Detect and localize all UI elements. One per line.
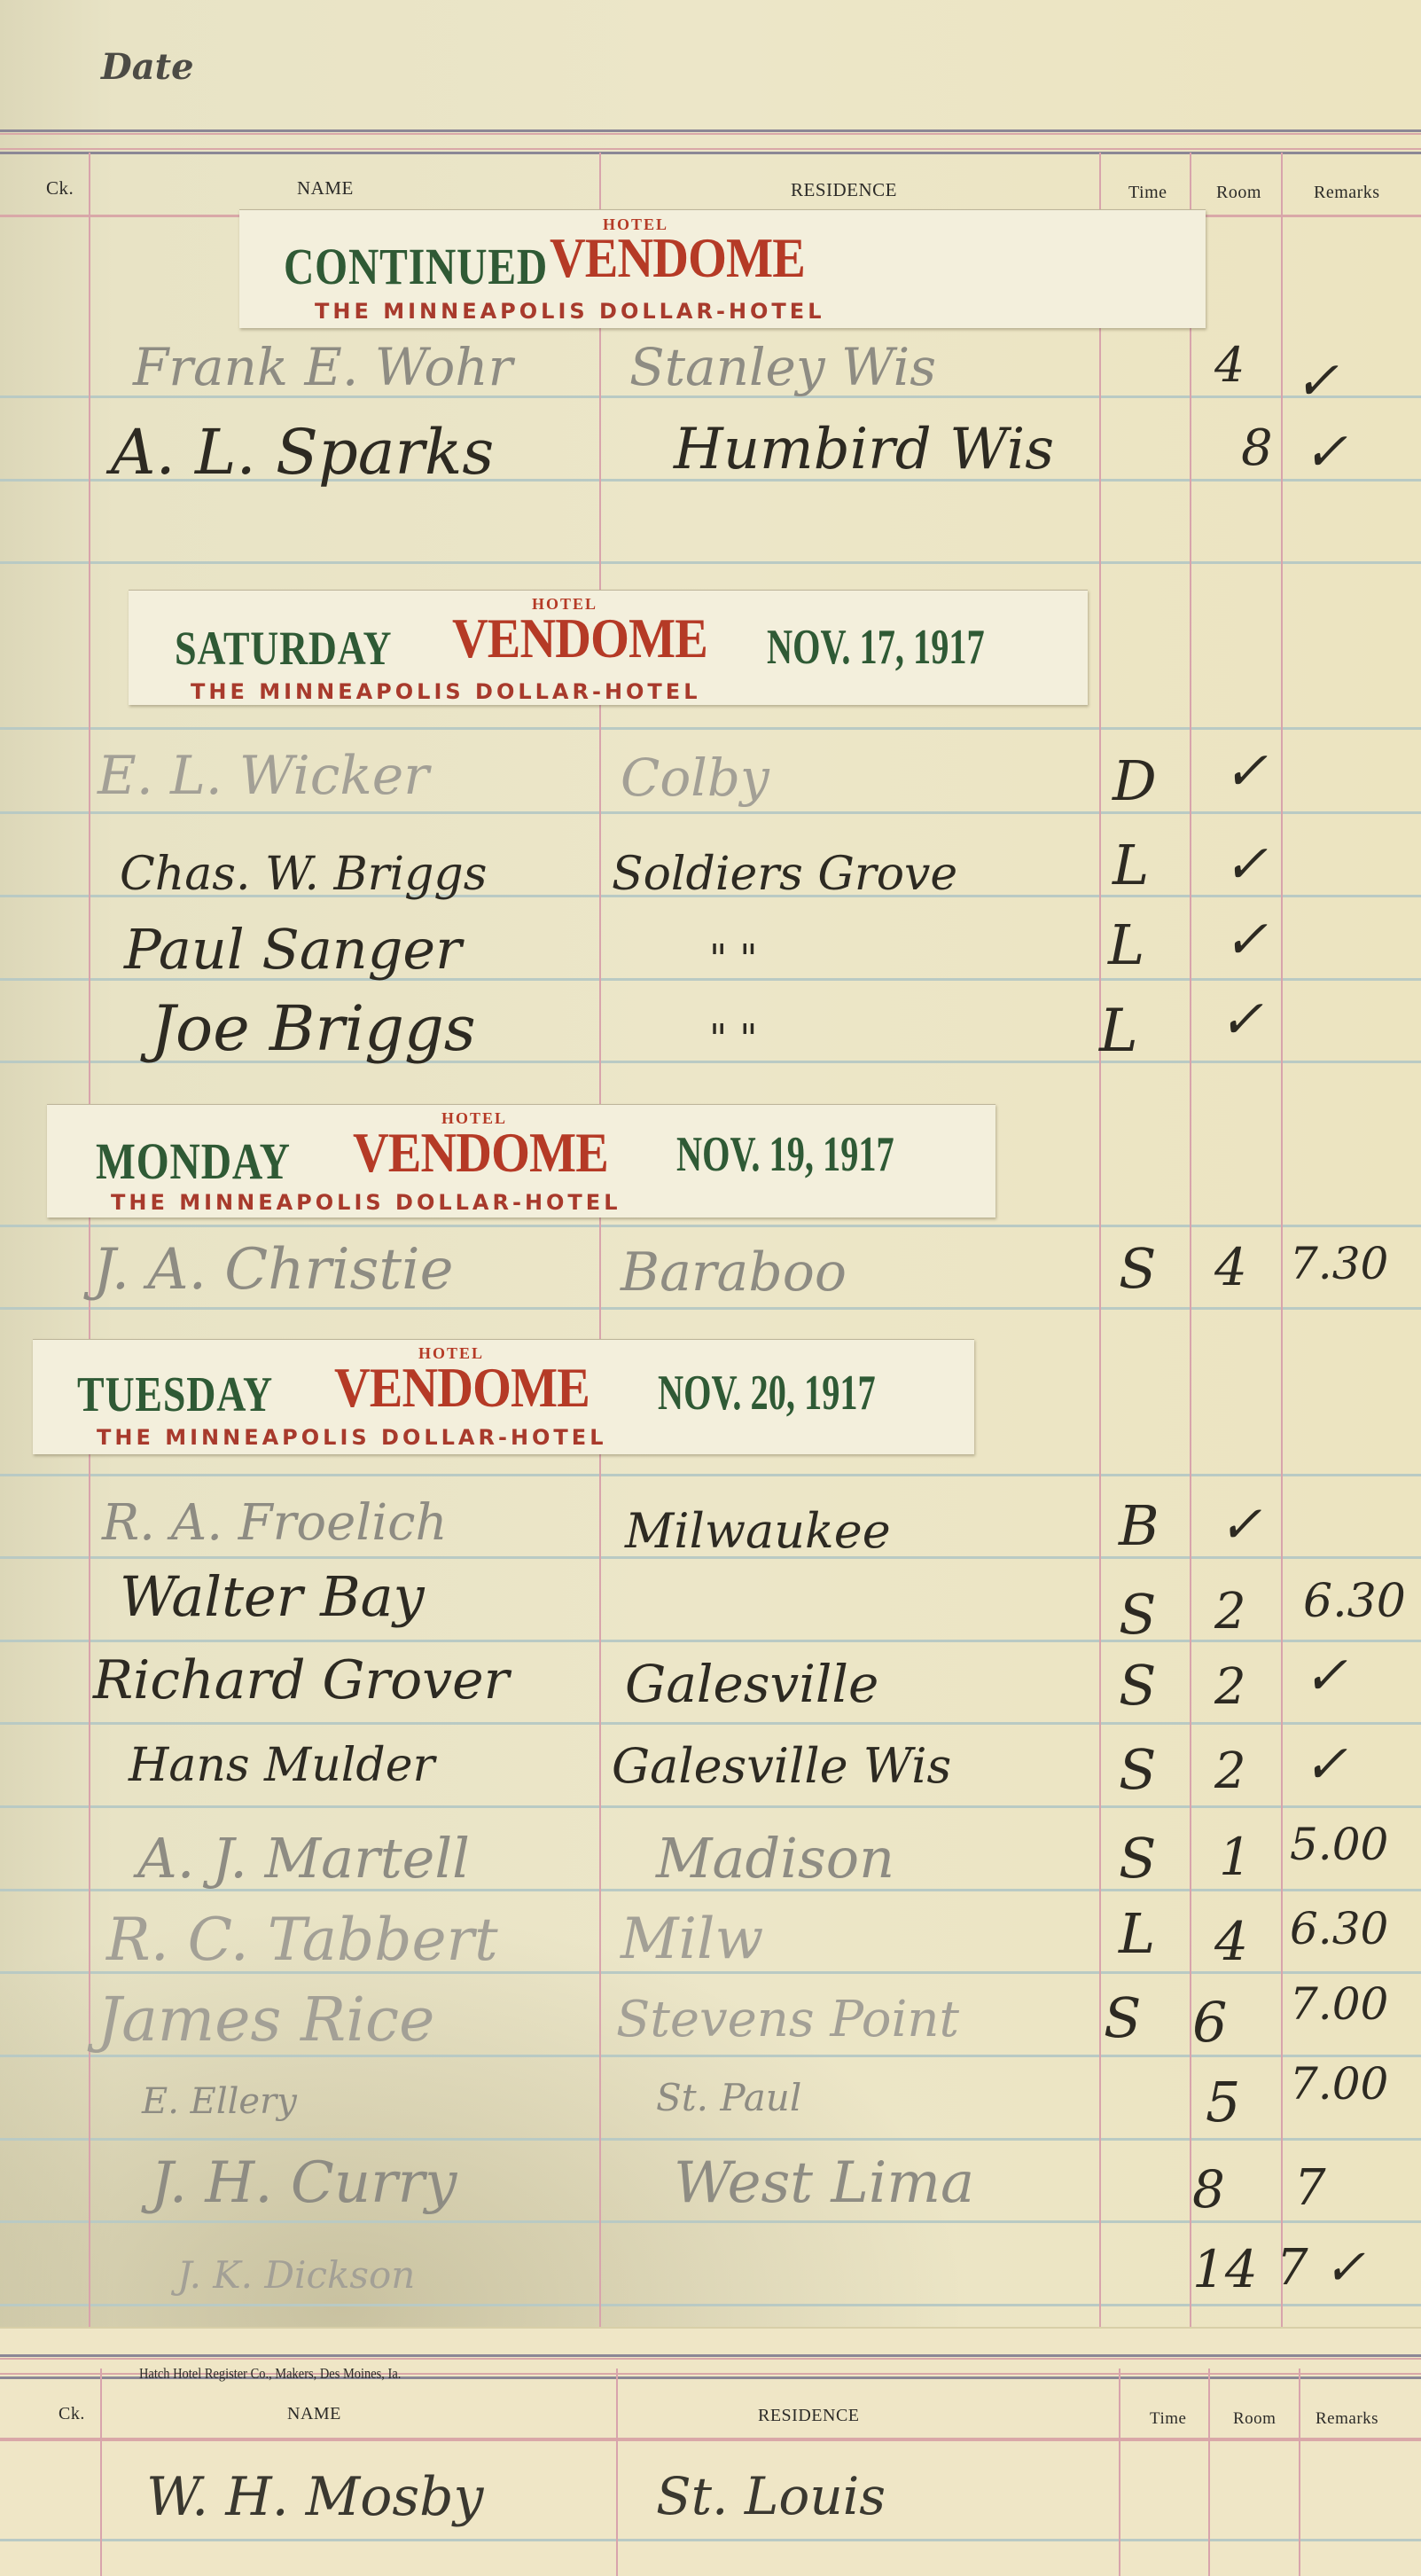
guest-name: Joe Briggs <box>151 998 476 1060</box>
guest-time: S <box>1119 1831 1156 1886</box>
guest-room: 1 <box>1219 1831 1252 1883</box>
guest-time: D <box>1113 754 1157 809</box>
guest-remarks: ✓ <box>1303 1649 1347 1703</box>
guest-name: W. H. Mosby <box>146 2470 483 2524</box>
header-rule <box>0 148 1421 150</box>
column-header-time: Time <box>1150 2409 1186 2429</box>
guest-time: L <box>1108 918 1144 973</box>
guest-name: A. L. Sparks <box>111 421 494 483</box>
guest-name: Frank E. Wohr <box>133 341 512 393</box>
guest-name: Paul Sanger <box>124 922 462 977</box>
guest-remarks: 7.00 <box>1290 2062 1388 2106</box>
column-header-ck: Ck. <box>46 177 74 200</box>
guest-room: 8 <box>1241 424 1273 474</box>
guest-residence: " " <box>709 940 757 979</box>
guest-name: Chas. W. Briggs <box>120 851 487 897</box>
column-header-time: Time <box>1128 183 1167 203</box>
guest-residence: Humbird Wis <box>674 421 1054 478</box>
guest-residence: Milw <box>621 1911 763 1968</box>
stamp-day: TUESDAY <box>77 1366 273 1423</box>
column-header-name: NAME <box>297 177 354 200</box>
column-divider <box>1208 2369 1210 2576</box>
guest-room: 14 <box>1192 2243 1258 2295</box>
stamp-date: NOV. 20, 1917 <box>658 1368 876 1418</box>
guest-room: 4 <box>1214 1915 1248 1969</box>
guest-remarks: 6.30 <box>1303 1578 1406 1625</box>
header-rule <box>0 152 1421 154</box>
guest-name: R. C. Tabbert <box>106 1911 498 1969</box>
guest-remarks: ✓ <box>1303 426 1347 479</box>
column-header-residence: RESIDENCE <box>758 2406 860 2426</box>
hotel-stamp-saturday: SATURDAY HOTEL VENDOME NOV. 17, 1917 THE… <box>129 590 1088 705</box>
column-header-room: Room <box>1216 183 1261 203</box>
guest-room: 4 <box>1214 341 1245 389</box>
guest-residence: Stevens Point <box>616 1995 959 2045</box>
guest-time: L <box>1099 1002 1138 1061</box>
column-header-remarks: Remarks <box>1314 183 1380 203</box>
guest-residence: Stanley Wis <box>629 341 936 393</box>
guest-remarks: 7 <box>1294 2164 1326 2213</box>
column-divider <box>100 2369 102 2576</box>
column-header-name: NAME <box>287 2404 341 2424</box>
guest-room: 8 <box>1192 2164 1225 2215</box>
guest-residence: St. Paul <box>656 2079 801 2117</box>
stamp-tagline: THE MINNEAPOLIS DOLLAR-HOTEL <box>315 299 825 324</box>
guest-remarks: 7.30 <box>1290 1241 1388 1286</box>
register-page: Date Ck. NAME RESIDEN <box>0 0 1421 2327</box>
guest-time: S <box>1104 1991 1141 2046</box>
guest-residence: Colby <box>621 752 769 803</box>
guest-room: 6 <box>1192 1995 1227 2050</box>
guest-time: S <box>1119 1658 1156 1713</box>
stamp-day: SATURDAY <box>175 621 392 676</box>
guest-residence: " " <box>709 1020 757 1059</box>
guest-name: J. K. Dickson <box>177 2257 415 2294</box>
guest-name: James Rice <box>98 1991 434 2051</box>
guest-residence: St. Louis <box>656 2470 886 2522</box>
guest-room: ✓ <box>1223 745 1268 798</box>
column-header-room: Room <box>1233 2409 1276 2429</box>
guest-time: S <box>1119 1241 1156 1296</box>
guest-name: A. J. Martell <box>137 1831 470 1886</box>
guest-remarks: 7.00 <box>1290 1982 1388 2026</box>
guest-time: S <box>1119 1587 1156 1642</box>
stamp-brand: VENDOME <box>452 610 707 667</box>
stamp-tagline: THE MINNEAPOLIS DOLLAR-HOTEL <box>111 1190 621 1215</box>
guest-residence: Soldiers Grove <box>612 851 957 897</box>
guest-room: 5 <box>1206 2075 1240 2130</box>
guest-remarks: ✓ <box>1303 1738 1347 1791</box>
header-rule <box>0 129 1421 132</box>
guest-room: 2 <box>1214 1747 1246 1797</box>
stamp-brand: VENDOME <box>353 1124 608 1181</box>
guest-name: Richard Grover <box>93 1654 509 1707</box>
guest-name: J. A. Christie <box>93 1241 453 1298</box>
guest-room: 2 <box>1214 1663 1246 1712</box>
guest-name: J. H. Curry <box>151 2155 457 2212</box>
guest-time: B <box>1119 1499 1159 1554</box>
hotel-stamp-monday: MONDAY HOTEL VENDOME NOV. 19, 1917 THE M… <box>47 1104 995 1218</box>
guest-residence: Galesville <box>625 1658 878 1710</box>
guest-room: ✓ <box>1219 1499 1262 1550</box>
header-rule <box>0 2354 1421 2357</box>
guest-room: ✓ <box>1223 913 1268 967</box>
hotel-stamp-continued: CONTINUED HOTEL VENDOME THE MINNEAPOLIS … <box>239 209 1206 328</box>
hotel-stamp-tuesday: TUESDAY HOTEL VENDOME NOV. 20, 1917 THE … <box>33 1339 974 1454</box>
stamp-brand: VENDOME <box>334 1359 589 1416</box>
header-rule <box>0 2358 1421 2360</box>
stamp-tagline: THE MINNEAPOLIS DOLLAR-HOTEL <box>97 1425 607 1450</box>
guest-remarks: 7 ✓ <box>1277 2243 1365 2293</box>
stamp-date: NOV. 17, 1917 <box>767 622 985 672</box>
guest-name: Hans Mulder <box>129 1742 434 1789</box>
column-divider <box>1119 2369 1120 2576</box>
column-header-remarks: Remarks <box>1316 2409 1378 2429</box>
guest-time: S <box>1119 1742 1156 1797</box>
guest-residence: Galesville Wis <box>612 1742 951 1790</box>
guest-room: ✓ <box>1223 838 1268 891</box>
guest-remarks: 5.00 <box>1290 1822 1388 1867</box>
guest-residence: Baraboo <box>621 1246 847 1299</box>
stamp-tagline: THE MINNEAPOLIS DOLLAR-HOTEL <box>191 679 701 704</box>
guest-name: E. L. Wicker <box>98 749 429 803</box>
guest-room: ✓ <box>1219 993 1263 1046</box>
guest-residence: Milwaukee <box>625 1507 891 1555</box>
guest-time: L <box>1119 1907 1155 1961</box>
date-label: Date <box>101 46 194 88</box>
guest-remarks: 6.30 <box>1290 1907 1388 1951</box>
guest-name: E. Ellery <box>142 2084 297 2119</box>
guest-room: 4 <box>1214 1241 1247 1293</box>
header-rule <box>0 133 1421 135</box>
stamp-date: NOV. 19, 1917 <box>676 1130 894 1179</box>
guest-room: 2 <box>1214 1587 1246 1637</box>
stamp-day: MONDAY <box>96 1131 291 1191</box>
stamp-day: CONTINUED <box>284 237 548 296</box>
column-divider <box>1299 2369 1300 2576</box>
guest-residence: West Lima <box>674 2155 974 2212</box>
guest-name: R. A. Froelich <box>102 1499 448 1548</box>
guest-remarks: ✓ <box>1294 355 1339 408</box>
column-divider <box>616 2369 618 2576</box>
guest-name: Walter Bay <box>120 1570 425 1625</box>
guest-time: L <box>1113 838 1149 893</box>
register-maker-imprint: Hatch Hotel Register Co., Makers, Des Mo… <box>139 2365 401 2383</box>
guest-residence: Madison <box>656 1831 894 1886</box>
column-header-residence: RESIDENCE <box>791 179 897 201</box>
column-header-ck: Ck. <box>59 2404 85 2424</box>
stamp-brand: VENDOME <box>550 230 805 286</box>
